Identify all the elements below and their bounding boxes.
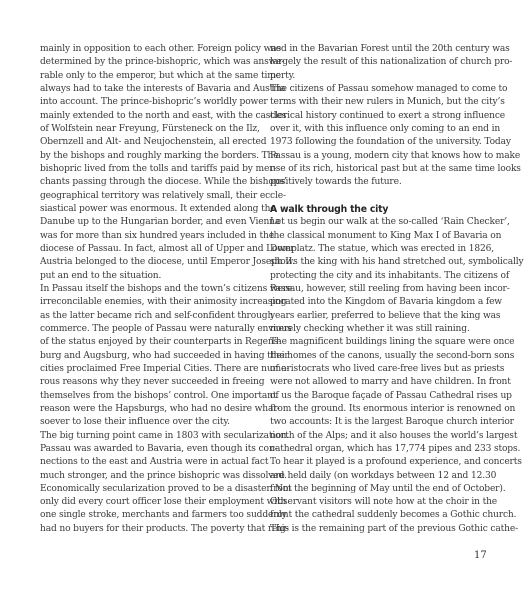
text-line: ned in the Bavarian Forest until the 20t…	[270, 43, 490, 56]
text-line: years earlier, preferred to believe that…	[270, 310, 490, 323]
text-line: To hear it played is a profound experien…	[270, 456, 490, 469]
text-line: into account. The prince-bishopric’s wor…	[40, 96, 256, 109]
text-line: siastical power was enormous. It extende…	[40, 203, 256, 216]
text-line: shows the king with his hand stretched o…	[270, 256, 490, 269]
text-line: as the latter became rich and self-confi…	[40, 310, 256, 323]
right-column: ned in the Bavarian Forest until the 20t…	[270, 43, 490, 536]
text-line: The big turning point came in 1803 with …	[40, 430, 256, 443]
paragraph: In Passau itself the bishops and the tow…	[40, 283, 256, 430]
text-line: from the ground. Its enormous interior i…	[270, 403, 490, 416]
text-line: Domplatz. The statue, which was erected …	[270, 243, 490, 256]
paragraph: Let us begin our walk at the so-called ‘…	[270, 216, 490, 336]
text-line: 1973 following the foundation of the uni…	[270, 136, 490, 149]
text-line: themselves from the bishops’ control. On…	[40, 390, 256, 403]
text-line: The magnificent buildings lining the squ…	[270, 336, 490, 349]
text-line: In Passau itself the bishops and the tow…	[40, 283, 256, 296]
text-line: merely checking whether it was still rai…	[270, 323, 490, 336]
text-line: the homes of the canons, usually the sec…	[270, 350, 490, 363]
text-line: only did every court officer lose their …	[40, 496, 256, 509]
paragraph: ned in the Bavarian Forest until the 20t…	[270, 43, 490, 83]
text-line: cities proclaimed Free Imperial Cities. …	[40, 363, 256, 376]
text-line: are held daily (on workdays between 12 a…	[270, 470, 490, 483]
text-line: geographical territory was relatively sm…	[40, 190, 256, 203]
text-line: put an end to the situation.	[40, 270, 256, 283]
text-line: of aristocrats who lived care-free lives…	[270, 363, 490, 376]
text-line: the classical monument to King Max I of …	[270, 230, 490, 243]
paragraph: The magnificent buildings lining the squ…	[270, 336, 490, 536]
text-line: always had to take the interests of Bava…	[40, 83, 256, 96]
text-line: reason were the Hapsburgs, who had no de…	[40, 403, 256, 416]
text-line: commerce. The people of Passau were natu…	[40, 323, 256, 336]
text-line: two accounts: It is the largest Baroque …	[270, 416, 490, 429]
text-line: Observant visitors will note how at the …	[270, 496, 490, 509]
text-line: Passau is a young, modern city that know…	[270, 150, 490, 163]
text-line: terms with their new rulers in Munich, b…	[270, 96, 490, 109]
text-line: one single stroke, merchants and farmers…	[40, 509, 256, 522]
text-line: Let us begin our walk at the so-called ‘…	[270, 216, 490, 229]
page-number: 17	[474, 550, 487, 561]
text-line: burg and Augsburg, who had succeeded in …	[40, 350, 256, 363]
text-line: irreconcilable enemies, with their animo…	[40, 296, 256, 309]
paragraph: The citizens of Passau somehow managed t…	[270, 83, 490, 190]
text-line: bishopric lived from the tolls and tarif…	[40, 163, 256, 176]
text-line: Danube up to the Hungarian border, and e…	[40, 216, 256, 229]
text-line: diocese of Passau. In fact, almost all o…	[40, 243, 256, 256]
text-line: rable only to the emperor, but which at …	[40, 70, 256, 83]
text-line: of Wolfstein near Freyung, Fürsteneck on…	[40, 123, 256, 136]
text-line: of us the Baroque façade of Passau Cathe…	[270, 390, 490, 403]
text-line: clerical history continued to exert a st…	[270, 110, 490, 123]
text-line: rous reasons why they never succeeded in…	[40, 376, 256, 389]
book-page: mainly in opposition to each other. Fore…	[0, 0, 525, 600]
text-line: protecting the city and its inhabitants.…	[270, 270, 490, 283]
text-line: much stronger, and the prince bishopric …	[40, 470, 256, 483]
text-line: This is the remaining part of the previo…	[270, 523, 490, 536]
text-line: determined by the prince-bishopric, whic…	[40, 56, 256, 69]
text-line: north of the Alps; and it also houses th…	[270, 430, 490, 443]
text-line: of the status enjoyed by their counterpa…	[40, 336, 256, 349]
paragraph: mainly in opposition to each other. Fore…	[40, 43, 256, 283]
text-line: Economically secularization proved to be…	[40, 483, 256, 496]
text-line: cathedral organ, which has 17,774 pipes …	[270, 443, 490, 456]
paragraph: The big turning point came in 1803 with …	[40, 430, 256, 537]
section-spacer	[270, 190, 490, 203]
text-line: mainly in opposition to each other. Fore…	[40, 43, 256, 56]
text-line: Passau was awarded to Bavaria, even thou…	[40, 443, 256, 456]
text-line: was for more than six hundred years incl…	[40, 230, 256, 243]
text-line: over it, with this influence only coming…	[270, 123, 490, 136]
text-line: Passau, however, still reeling from havi…	[270, 283, 490, 296]
text-line: positively towards the future.	[270, 176, 490, 189]
text-line: were not allowed to marry and have child…	[270, 376, 490, 389]
text-line: nections to the east and Austria were in…	[40, 456, 256, 469]
text-line: mainly extended to the north and east, w…	[40, 110, 256, 123]
text-line: largely the result of this nationalizati…	[270, 56, 490, 69]
text-line: perty.	[270, 70, 490, 83]
text-line: had no buyers for their products. The po…	[40, 523, 256, 536]
text-line: from the beginning of May until the end …	[270, 483, 490, 496]
left-column: mainly in opposition to each other. Fore…	[40, 43, 256, 536]
text-line: The citizens of Passau somehow managed t…	[270, 83, 490, 96]
text-line: chants passing through the diocese. Whil…	[40, 176, 256, 189]
text-line: Obernzell and Alt- and Neujochenstein, a…	[40, 136, 256, 149]
text-line: Austria belonged to the diocese, until E…	[40, 256, 256, 269]
text-line: by the bishops and roughly marking the b…	[40, 150, 256, 163]
text-line: porated into the Kingdom of Bavaria king…	[270, 296, 490, 309]
text-line: soever to lose their influence over the …	[40, 416, 256, 429]
section-heading: A walk through the city	[270, 203, 490, 216]
text-line: use of its rich, historical past but at …	[270, 163, 490, 176]
text-line: front the cathedral suddenly becomes a G…	[270, 509, 490, 522]
